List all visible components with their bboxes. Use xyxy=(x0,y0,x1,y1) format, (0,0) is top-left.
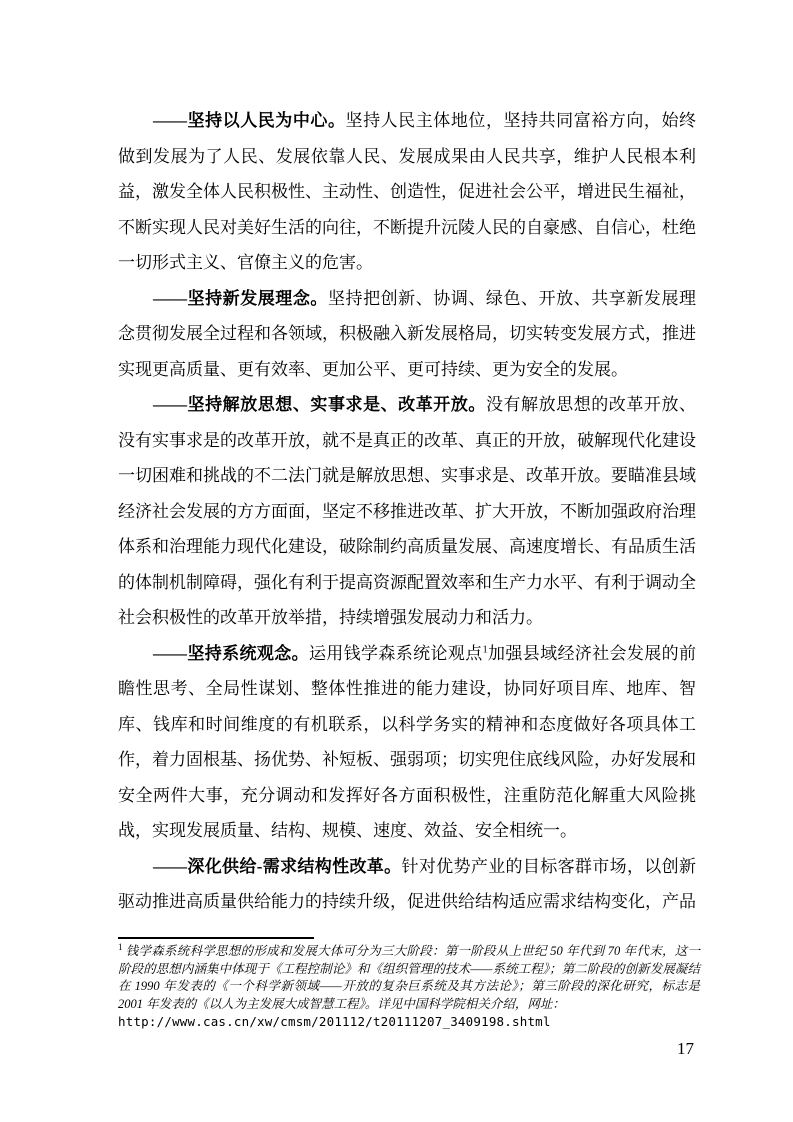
paragraph-text: 坚持人民主体地位，坚持共同富裕方向，始终做到发展为了人民、发展依靠人民、发展成果… xyxy=(118,111,696,272)
paragraph-heading: ——坚持解放思想、实事求是、改革开放。 xyxy=(153,395,486,414)
paragraph-text: 加强县域经济社会发展的前瞻性思考、全局性谋划、整体性推进的能力建设，协同好项目库… xyxy=(118,644,696,841)
paragraph: ——坚持系统观念。运用钱学森系统论观点1加强县域经济社会发展的前瞻性思考、全局性… xyxy=(118,636,696,849)
footnote-text: 钱学森系统科学思想的形成和发展大体可分为三大阶段：第一阶段从上世纪 50 年代到… xyxy=(118,944,700,1011)
document-body: ——坚持以人民为中心。坚持人民主体地位，坚持共同富裕方向，始终做到发展为了人民、… xyxy=(118,103,696,920)
paragraph: ——坚持解放思想、实事求是、改革开放。没有解放思想的改革开放、没有实事求是的改革… xyxy=(118,387,696,636)
paragraph: ——坚持以人民为中心。坚持人民主体地位，坚持共同富裕方向，始终做到发展为了人民、… xyxy=(118,103,696,281)
paragraph-text: 没有解放思想的改革开放、没有实事求是的改革开放，就不是真正的改革、真正的开放，破… xyxy=(118,395,696,627)
paragraph-heading: ——坚持新发展理念。 xyxy=(153,289,328,308)
document-page: ——坚持以人民为中心。坚持人民主体地位，坚持共同富裕方向，始终做到发展为了人民、… xyxy=(0,0,793,1122)
footnote-body: 1钱学森系统科学思想的形成和发展大体可分为三大阶段：第一阶段从上世纪 50 年代… xyxy=(118,944,700,1011)
paragraph-heading: ——深化供给-需求结构性改革。 xyxy=(153,857,401,876)
footnote-marker: 1 xyxy=(118,942,123,952)
footnote: 1钱学森系统科学思想的形成和发展大体可分为三大阶段：第一阶段从上世纪 50 年代… xyxy=(118,943,700,1031)
footnote-url: http://www.cas.cn/xw/cmsm/201112/t201112… xyxy=(118,1013,700,1031)
footnote-separator xyxy=(118,937,314,939)
paragraph: ——深化供给-需求结构性改革。针对优势产业的目标客群市场，以创新驱动推进高质量供… xyxy=(118,849,696,920)
paragraph-text: 运用钱学森系统论观点 xyxy=(309,644,483,663)
paragraph-heading: ——坚持以人民为中心。 xyxy=(153,111,346,130)
paragraph: ——坚持新发展理念。坚持把创新、协调、绿色、开放、共享新发展理念贯彻发展全过程和… xyxy=(118,281,696,388)
paragraph-heading: ——坚持系统观念。 xyxy=(153,644,309,663)
page-number: 17 xyxy=(677,1038,694,1060)
